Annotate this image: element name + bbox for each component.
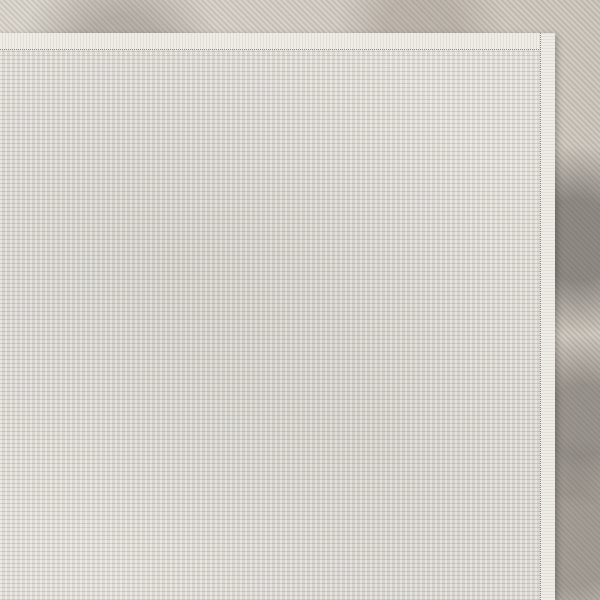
rug-binding-right <box>540 33 555 600</box>
rug-backing <box>0 33 555 600</box>
rug-binding-top <box>0 33 555 50</box>
